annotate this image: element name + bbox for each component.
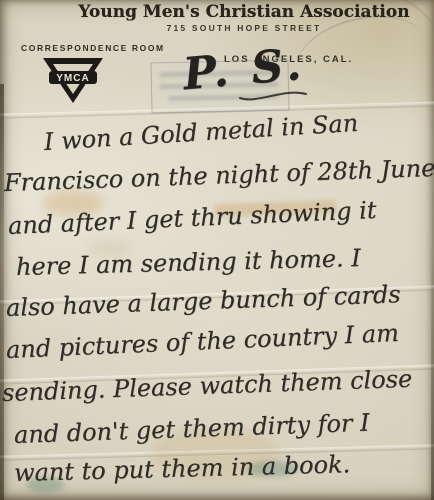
ymca-logo-icon: YMCA <box>40 56 106 106</box>
letter-scan: Young Men's Christian Association 715 SO… <box>0 0 434 500</box>
letterhead-address: 715 SOUTH HOPE STREET <box>60 23 428 33</box>
handwriting-line-6: and pictures of the country I am <box>5 319 399 364</box>
paper-edge-shadow-left <box>0 84 4 500</box>
handwriting-line-5: also have a large bunch of cards <box>6 280 402 322</box>
ps-flourish <box>238 86 308 104</box>
handwriting-line-4: here I am sending it home. I <box>16 244 361 281</box>
correspondence-room-label: CORRESPONDENCE ROOM <box>21 43 165 53</box>
ymca-logo-text: YMCA <box>56 73 89 84</box>
handwriting-line-7: sending. Please watch them close <box>2 365 413 407</box>
letterhead-organization: Young Men's Christian Association <box>60 2 428 22</box>
handwriting-line-2: Francisco on the night of 28th June <box>4 154 434 197</box>
